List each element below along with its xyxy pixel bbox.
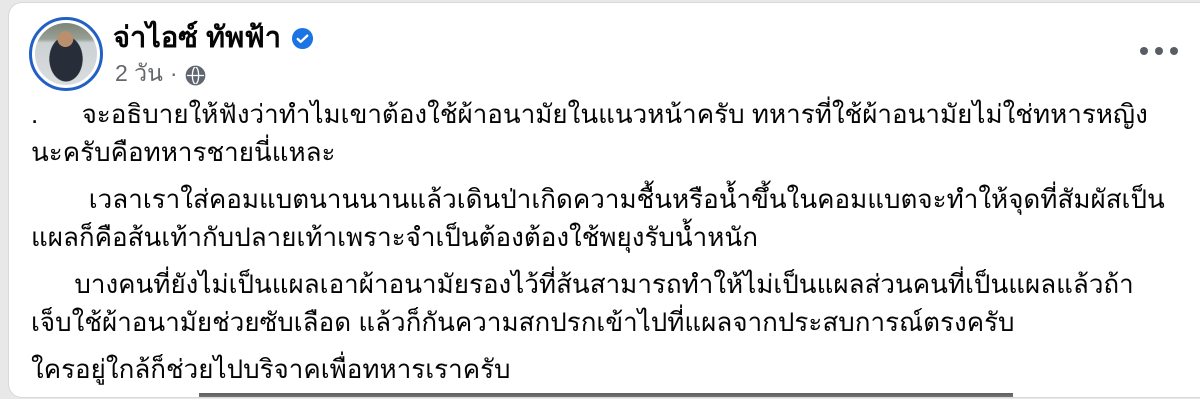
post-options-menu-button[interactable]: [1134, 41, 1184, 61]
post-card: จ่าไอซ์ ทัพฟ้า 2 วัน ·: [8, 2, 1200, 398]
profile-name-link[interactable]: จ่าไอซ์ ทัพฟ้า: [113, 21, 281, 55]
post-meta-row: 2 วัน ·: [115, 59, 206, 87]
globe-privacy-icon: [185, 64, 206, 85]
post-text-body: . จะอธิบายให้ฟังว่าทำไมเขาต้องใช้ผ้าอนาม…: [31, 95, 1173, 397]
verified-badge-icon: [291, 27, 314, 50]
avatar-photo-image: [35, 23, 97, 85]
timestamp-link[interactable]: 2 วัน: [115, 59, 163, 87]
post-paragraph: ใครอยู่ใกล้ก็ช่วยไปบริจาคเพื่อทหารเราครั…: [31, 350, 1173, 388]
meta-separator: ·: [170, 59, 178, 87]
post-header: จ่าไอซ์ ทัพฟ้า 2 วัน ·: [9, 3, 1200, 95]
ellipsis-dot: [1170, 47, 1178, 55]
name-row: จ่าไอซ์ ทัพฟ้า: [113, 21, 314, 55]
post-paragraph: บางคนที่ยังไม่เป็นแผลเอาผ้าอนามัยรองไว้ท…: [31, 265, 1173, 341]
profile-avatar[interactable]: [29, 17, 103, 91]
ellipsis-dot: [1140, 47, 1148, 55]
attachment-image-top-edge[interactable]: [199, 393, 1013, 398]
post-paragraph: . จะอธิบายให้ฟังว่าทำไมเขาต้องใช้ผ้าอนาม…: [31, 95, 1173, 171]
post-paragraph: เวลาเราใส่คอมแบตนานนานแล้วเดินป่าเกิดควา…: [31, 180, 1173, 256]
ellipsis-dot: [1155, 47, 1163, 55]
facebook-post-screenshot: จ่าไอซ์ ทัพฟ้า 2 วัน ·: [0, 0, 1200, 399]
